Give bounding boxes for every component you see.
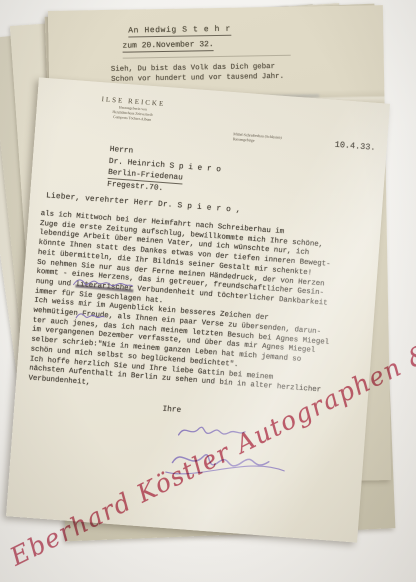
dedication-poem: Sieh, Du bist das Volk das Dich gebar Sc… — [111, 63, 284, 85]
letter-date: 10.4.33. — [334, 140, 375, 153]
dedication-recipient: An Hedwig S t e h r — [128, 25, 231, 38]
faded-rule — [123, 55, 291, 59]
dedication-date: zum 20.November 32. — [122, 40, 213, 53]
photo-of-letter: An Hedwig S t e h r zum 20.November 32. … — [0, 0, 416, 582]
address-block: Herrn Dr. Heinrich S p i e r o Berlin-Fr… — [107, 145, 222, 199]
letterhead-left: ILSE REICKE Herausgeberin von Herzblättc… — [76, 93, 189, 124]
letterhead-place: Mittel-Schreiberhau (Schlesien) Riesenge… — [233, 132, 337, 149]
closing-word: Ihre — [162, 406, 181, 415]
